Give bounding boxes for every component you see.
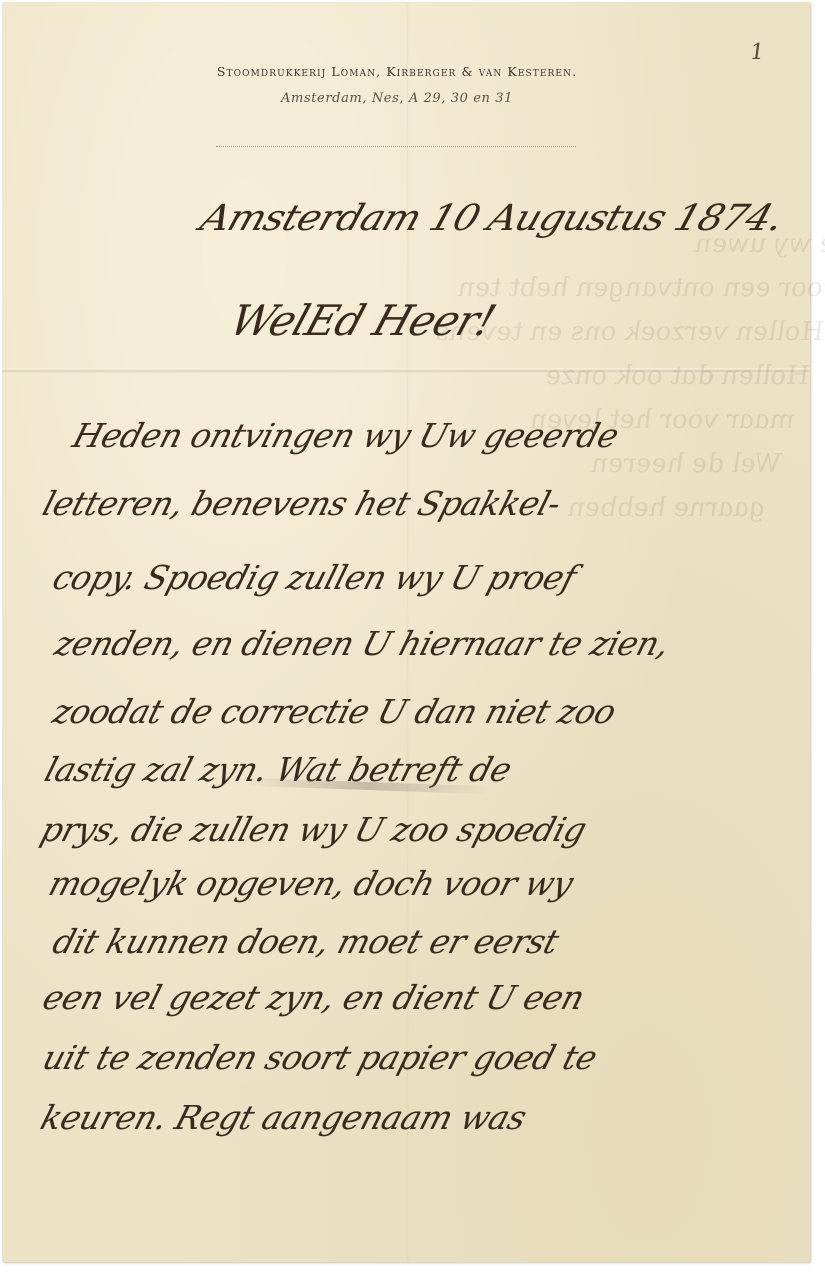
letter-page: de wy uwen voor een ontvangen hebt ten H… <box>2 2 810 1262</box>
body-line: mogelyk opgeven, doch voor wy <box>44 864 577 903</box>
body-line: uit te zenden soort papier goed te <box>38 1038 601 1077</box>
letterhead: Stoomdrukkerij Loman, Kirberger & van Ke… <box>132 64 662 106</box>
body-line: zenden, en dienen U hiernaar te zien, <box>50 624 674 663</box>
date-line: Amsterdam 10 Augustus 1874. <box>195 198 788 239</box>
body-line: copy. Spoedig zullen wy U proef <box>48 558 580 597</box>
body-line: zoodat de correctie U dan niet zoo <box>48 692 620 731</box>
body-line: letteren, benevens het Spakkel- <box>38 484 565 523</box>
decorative-rule <box>216 146 576 147</box>
body-line: Heden ontvingen wy Uw geeerde <box>68 416 623 455</box>
body-line: keuren. Regt aangenaam was <box>36 1098 530 1137</box>
letterhead-firm-name: Stoomdrukkerij Loman, Kirberger & van Ke… <box>132 64 662 79</box>
body-line: dit kunnen doen, moet er eerst <box>48 922 563 961</box>
body-line: een vel gezet zyn, en dient U een <box>38 978 588 1017</box>
page-number: 1 <box>748 40 766 65</box>
body-line: prys, die zullen wy U zoo spoedig <box>36 810 590 849</box>
salutation: WelEd Heer! <box>224 296 501 345</box>
letterhead-address: Amsterdam, Nes, A 29, 30 en 31 <box>132 91 662 106</box>
